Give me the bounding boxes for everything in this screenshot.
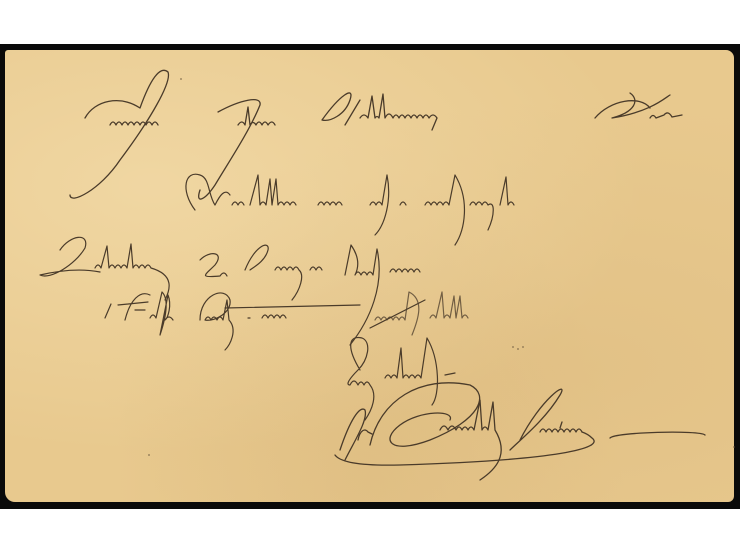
- salutation-line: Herrn Julius Kahlbaum, Hier: [70, 95, 332, 116]
- closing-line: Ergebenst: [345, 360, 439, 381]
- ink-speck: [522, 346, 524, 348]
- ink-speck: [512, 346, 514, 348]
- body-line-3: 1 Fass Sprit. [gestrichen: wie gehabt]: [105, 300, 449, 321]
- ink-speck: [517, 348, 519, 350]
- ink-speck: [148, 454, 150, 456]
- ink-speck: [733, 446, 735, 448]
- ink-speck: [180, 78, 182, 80]
- salutation-strokes: [70, 70, 682, 199]
- signature-line: pr. Conrad Simon: [335, 425, 495, 446]
- body-line-2: Zusendung zu Morgen früh von: [40, 252, 328, 273]
- body-line-1: Wir bitten um gefl. umgehende: [190, 185, 475, 206]
- handwriting-strokes: [0, 0, 740, 557]
